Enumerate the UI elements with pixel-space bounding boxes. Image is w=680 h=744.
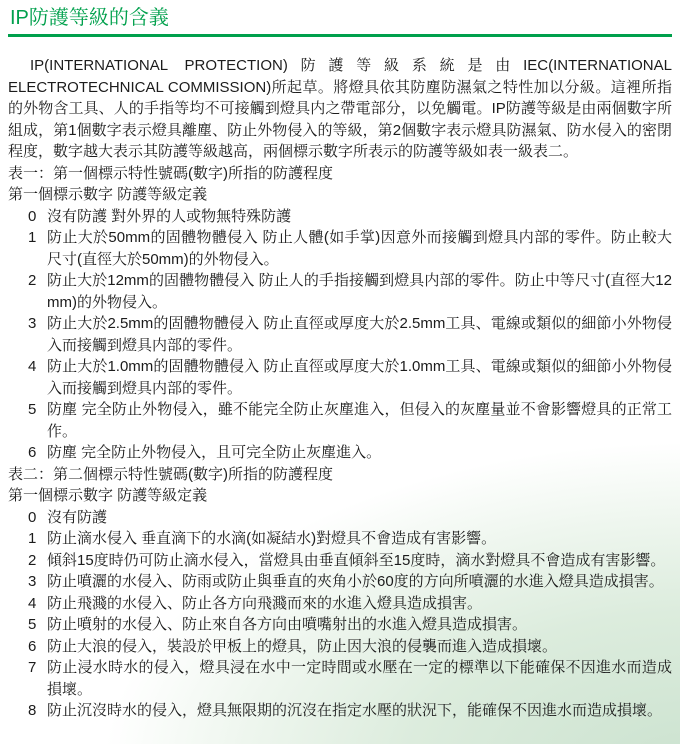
item-text: 防塵 完全防止外物侵入，且可完全防止灰塵進入。 [47, 442, 672, 464]
list-item: 6 防塵 完全防止外物侵入，且可完全防止灰塵進入。 [28, 442, 672, 464]
item-text: 防止大於2.5mm的固體物體侵入 防止直徑或厚度大於2.5mm工具、電線或類似的… [47, 313, 672, 356]
list-item: 1 防止滴水侵入 垂直滴下的水滴(如凝結水)對燈具不會造成有害影響。 [28, 528, 672, 550]
item-number: 2 [28, 270, 39, 313]
list-item: 1 防止大於50mm的固體物體侵入 防止人體(如手掌)因意外而接觸到燈具内部的零… [28, 227, 672, 270]
table2-list: 0 沒有防護 1 防止滴水侵入 垂直滴下的水滴(如凝結水)對燈具不會造成有害影響… [8, 507, 672, 722]
page-title: IP防護等級的含義 [10, 6, 672, 30]
intro-paragraph: IP(INTERNATIONAL PROTECTION)防護等級系統是由IEC(… [8, 55, 672, 163]
item-text: 防止噴射的水侵入、防止來自各方向由噴嘴射出的水進入燈具造成損害。 [47, 614, 672, 636]
item-text: 防止飛濺的水侵入、防止各方向飛濺而來的水進入燈具造成損害。 [47, 593, 672, 615]
list-item: 3 防止噴灑的水侵入、防雨或防止與垂直的夾角小於60度的方向所噴灑的水進入燈具造… [28, 571, 672, 593]
item-number: 4 [28, 356, 39, 399]
document-page: IP防護等級的含義 IP(INTERNATIONAL PROTECTION)防護… [0, 0, 680, 744]
list-item: 4 防止飛濺的水侵入、防止各方向飛濺而來的水進入燈具造成損害。 [28, 593, 672, 615]
list-item: 8 防止沉沒時水的侵入，燈具無限期的沉沒在指定水壓的狀況下，能確保不因進水而造成… [28, 700, 672, 722]
table1-caption: 表一：第一個標示特性號碼(數字)所指的防護程度 [8, 163, 672, 185]
item-number: 6 [28, 442, 39, 464]
item-text: 防止噴灑的水侵入、防雨或防止與垂直的夾角小於60度的方向所噴灑的水進入燈具造成損… [47, 571, 672, 593]
title-underline [8, 34, 672, 37]
list-item: 2 防止大於12mm的固體物體侵入 防止人的手指接觸到燈具内部的零件。防止中等尺… [28, 270, 672, 313]
list-item: 6 防止大浪的侵入，裝設於甲板上的燈具，防止因大浪的侵襲而進入造成損壞。 [28, 636, 672, 658]
table1-list: 0 沒有防護 對外界的人或物無特殊防護 1 防止大於50mm的固體物體侵入 防止… [8, 206, 672, 464]
item-number: 1 [28, 528, 39, 550]
item-text: 傾斜15度時仍可防止滴水侵入，當燈具由垂直傾斜至15度時，滴水對燈具不會造成有害… [47, 550, 672, 572]
item-number: 0 [28, 206, 39, 228]
item-text: 防止沉沒時水的侵入，燈具無限期的沉沒在指定水壓的狀況下，能確保不因進水而造成損壞… [47, 700, 672, 722]
item-text: 防塵 完全防止外物侵入，雖不能完全防止灰塵進入，但侵入的灰塵量並不會影響燈具的正… [47, 399, 672, 442]
list-item: 7 防止浸水時水的侵入，燈具浸在水中一定時間或水壓在一定的標準以下能確保不因進水… [28, 657, 672, 700]
list-item: 5 防止噴射的水侵入、防止來自各方向由噴嘴射出的水進入燈具造成損害。 [28, 614, 672, 636]
item-number: 1 [28, 227, 39, 270]
item-number: 5 [28, 614, 39, 636]
item-number: 5 [28, 399, 39, 442]
item-text: 防止大於12mm的固體物體侵入 防止人的手指接觸到燈具内部的零件。防止中等尺寸(… [47, 270, 672, 313]
item-text: 防止大浪的侵入，裝設於甲板上的燈具，防止因大浪的侵襲而進入造成損壞。 [47, 636, 672, 658]
item-number: 2 [28, 550, 39, 572]
item-number: 3 [28, 313, 39, 356]
list-item: 0 沒有防護 對外界的人或物無特殊防護 [28, 206, 672, 228]
item-number: 8 [28, 700, 39, 722]
item-text: 沒有防護 對外界的人或物無特殊防護 [47, 206, 672, 228]
item-number: 0 [28, 507, 39, 529]
item-text: 防止大於1.0mm的固體物體侵入 防止直徑或厚度大於1.0mm工具、電線或類似的… [47, 356, 672, 399]
item-text: 沒有防護 [47, 507, 672, 529]
item-text: 防止滴水侵入 垂直滴下的水滴(如凝結水)對燈具不會造成有害影響。 [47, 528, 672, 550]
list-item: 4 防止大於1.0mm的固體物體侵入 防止直徑或厚度大於1.0mm工具、電線或類… [28, 356, 672, 399]
table2-header: 第一個標示數字 防護等級定義 [8, 485, 672, 507]
item-number: 7 [28, 657, 39, 700]
list-item: 5 防塵 完全防止外物侵入，雖不能完全防止灰塵進入，但侵入的灰塵量並不會影響燈具… [28, 399, 672, 442]
item-text: 防止浸水時水的侵入，燈具浸在水中一定時間或水壓在一定的標準以下能確保不因進水而造… [47, 657, 672, 700]
item-text: 防止大於50mm的固體物體侵入 防止人體(如手掌)因意外而接觸到燈具内部的零件。… [47, 227, 672, 270]
table1-header: 第一個標示數字 防護等級定義 [8, 184, 672, 206]
table2-caption: 表二：第二個標示特性號碼(數字)所指的防護程度 [8, 464, 672, 486]
item-number: 4 [28, 593, 39, 615]
list-item: 3 防止大於2.5mm的固體物體侵入 防止直徑或厚度大於2.5mm工具、電線或類… [28, 313, 672, 356]
list-item: 0 沒有防護 [28, 507, 672, 529]
item-number: 6 [28, 636, 39, 658]
item-number: 3 [28, 571, 39, 593]
list-item: 2 傾斜15度時仍可防止滴水侵入，當燈具由垂直傾斜至15度時，滴水對燈具不會造成… [28, 550, 672, 572]
